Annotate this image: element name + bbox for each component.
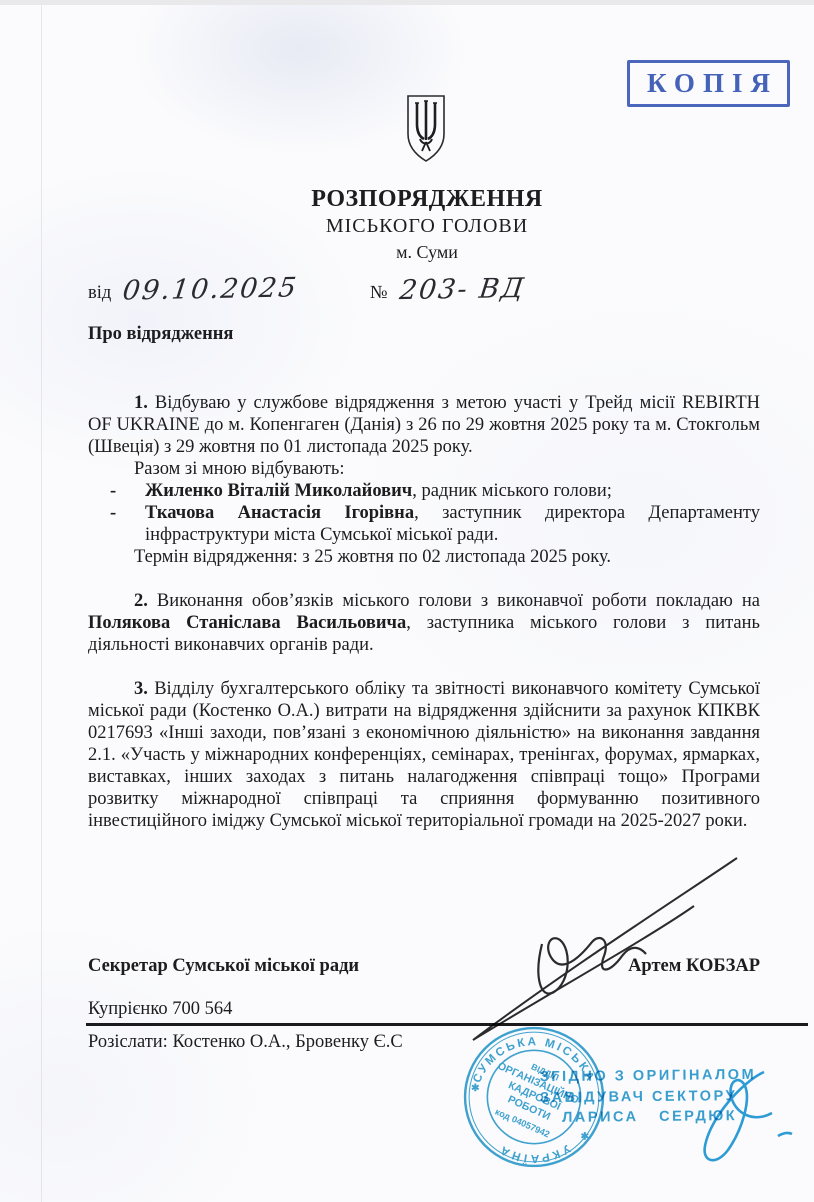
doc-meta-line: від 09.10.2025 № 203- ВД — [88, 274, 760, 305]
document-city: м. Суми — [60, 242, 794, 263]
executor-line: Купрієнко 700 564 — [88, 999, 232, 1020]
list-item: -Жиленко Віталій Миколайович, радник міс… — [88, 480, 760, 502]
document-subtitle: МІСЬКОГО ГОЛОВИ — [60, 215, 794, 238]
document-subject: Про відрядження — [88, 324, 233, 345]
handwritten-number: 203- ВД — [397, 273, 526, 306]
scanned-document-page: КОПІЯ РОЗПОРЯДЖЕННЯ МІСЬКОГО ГОЛОВИ м. С… — [0, 0, 814, 1202]
handwritten-date: 09.10.2025 — [121, 272, 300, 306]
paragraph-2: 2. Виконання обов’язків міського голови … — [88, 590, 760, 656]
delegate-role: , радник міського голови; — [412, 481, 612, 501]
distribution-line: Розіслати: Костенко О.А., Бровенку Є.С — [88, 1032, 403, 1053]
serdiuk-signature-svg — [650, 1055, 814, 1180]
list-dash: - — [110, 502, 116, 524]
trident-emblem-svg — [403, 94, 449, 164]
paragraph-1-number: 1. — [134, 393, 148, 413]
paragraph-1-text: Відбуваю у службове відрядження з метою … — [88, 393, 760, 457]
signer-position: Секретар Сумської міської ради — [88, 956, 359, 977]
trident-emblem-icon — [403, 94, 449, 164]
delegate-name: Ткачова Анастасія Ігорівна — [145, 503, 414, 523]
paragraph-2-before: Виконання обов’язків міського голови з в… — [148, 591, 760, 611]
paragraph-1: 1. Відбуваю у службове відрядження з мет… — [88, 392, 760, 458]
list-item: -Ткачова Анастасія Ігорівна, заступник д… — [88, 502, 760, 546]
paragraph-3: 3. Відділу бухгалтерського обліку та зві… — [88, 678, 760, 832]
scan-fold-line — [41, 5, 42, 1202]
deputy-name: Полякова Станіслава Васильовича — [88, 613, 406, 633]
paragraph-2-number: 2. — [134, 591, 148, 611]
delegates-list: -Жиленко Віталій Миколайович, радник міс… — [88, 480, 760, 546]
document-title: РОЗПОРЯДЖЕННЯ — [60, 186, 794, 213]
delegate-name: Жиленко Віталій Миколайович — [145, 481, 412, 501]
date-label: від — [88, 283, 111, 304]
serdiuk-signature — [650, 1055, 814, 1180]
paragraph-3-number: 3. — [134, 679, 148, 699]
seal-star-right: ✱ — [581, 1132, 590, 1143]
document-body: 1. Відбуваю у службове відрядження з мет… — [88, 392, 760, 832]
copy-stamp-label: КОПІЯ — [647, 68, 778, 99]
list-dash: - — [110, 480, 116, 502]
number-label: № — [370, 283, 388, 304]
scanner-edge-strip — [0, 0, 814, 5]
seal-star-left: ✱ — [471, 1083, 480, 1094]
paragraph-3-text: Відділу бухгалтерського обліку та звітно… — [88, 679, 760, 831]
term-line: Термін відрядження: з 25 жовтня по 02 ли… — [88, 546, 760, 568]
copy-stamp: КОПІЯ — [627, 60, 790, 107]
document-header: РОЗПОРЯДЖЕННЯ МІСЬКОГО ГОЛОВИ м. Суми — [60, 186, 794, 263]
together-line: Разом зі мною відбувають: — [88, 458, 760, 480]
